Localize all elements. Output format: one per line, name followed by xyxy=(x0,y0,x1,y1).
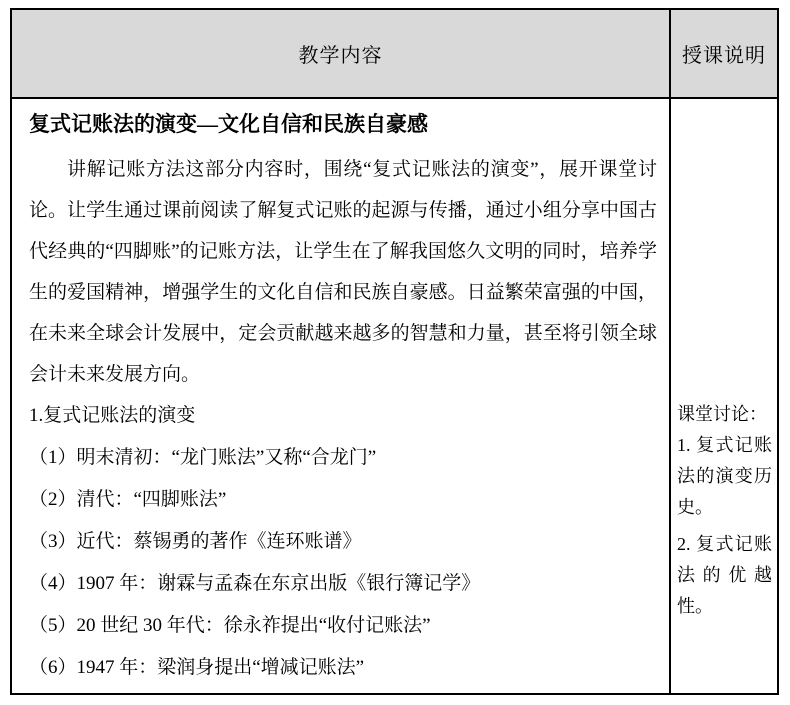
lecture-notes-cell: 课堂讨论： 1. 复式记账法的演变历史。 2. 复式记账法的优越性。 xyxy=(669,99,777,693)
note-item: 1. 复式记账法的演变历史。 xyxy=(677,430,772,523)
lesson-plan-table: 教学内容 授课说明 复式记账法的演变—文化自信和民族自豪感 讲解记账方法这部分内… xyxy=(10,8,779,695)
list-item: （2）清代：“四脚账法” xyxy=(29,479,657,521)
teaching-content-cell: 复式记账法的演变—文化自信和民族自豪感 讲解记账方法这部分内容时，围绕“复式记账… xyxy=(12,99,669,693)
notes-heading: 课堂讨论： xyxy=(677,399,772,430)
table-header-row: 教学内容 授课说明 xyxy=(12,10,777,99)
list-heading: 1.复式记账法的演变 xyxy=(29,395,657,437)
note-item: 2. 复式记账法的优越性。 xyxy=(677,529,772,622)
list-item: （6）1947 年：梁润身提出“增减记账法” xyxy=(29,647,657,689)
intro-paragraph: 讲解记账方法这部分内容时，围绕“复式记账法的演变”，展开课堂讨论。让学生通过课前… xyxy=(29,149,657,395)
list-item: （5）20 世纪 30 年代：徐永祚提出“收付记账法” xyxy=(29,605,657,647)
table-body-row: 复式记账法的演变—文化自信和民族自豪感 讲解记账方法这部分内容时，围绕“复式记账… xyxy=(12,99,777,693)
header-cell-teaching-content: 教学内容 xyxy=(12,10,669,97)
list-item: （3）近代：蔡锡勇的著作《连环账谱》 xyxy=(29,521,657,563)
section-title: 复式记账法的演变—文化自信和民族自豪感 xyxy=(29,109,657,139)
document-page: 教学内容 授课说明 复式记账法的演变—文化自信和民族自豪感 讲解记账方法这部分内… xyxy=(0,0,790,705)
header-cell-lecture-notes: 授课说明 xyxy=(669,10,777,97)
list-item: （4）1907 年：谢霖与孟森在东京出版《银行簿记学》 xyxy=(29,563,657,605)
list-item: （1）明末清初：“龙门账法”又称“合龙门” xyxy=(29,437,657,479)
